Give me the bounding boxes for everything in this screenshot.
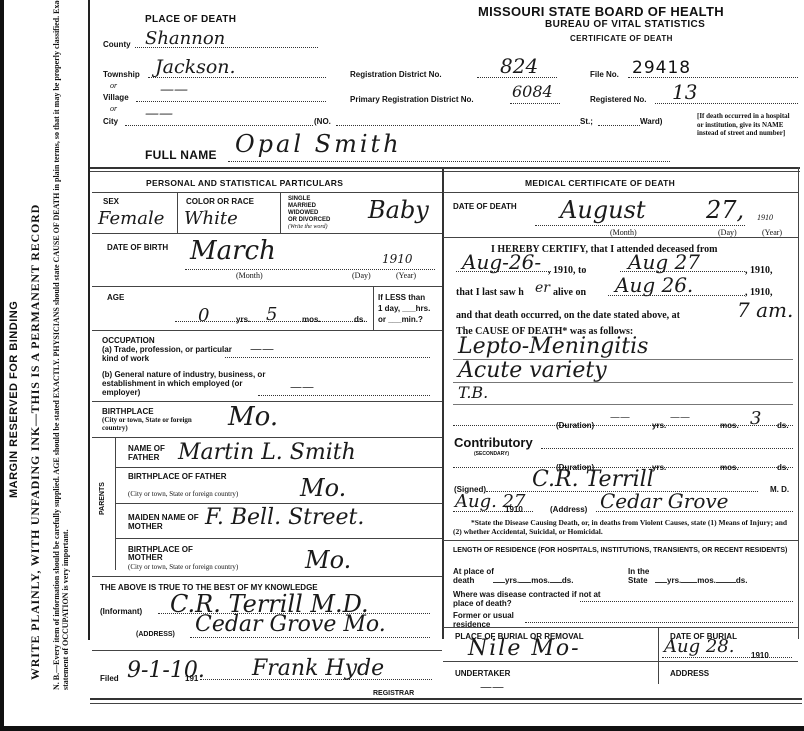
divider	[280, 193, 281, 233]
registrar-signature: Frank Hyde	[252, 656, 384, 681]
registration-district-label: Registration District No.	[350, 70, 442, 79]
margin-instruction: WRITE PLAINLY, WITH UNFADING INK—THIS IS…	[28, 204, 43, 680]
occupation-a-label: (a) Trade, profession, or particular kin…	[102, 345, 232, 363]
occupation-label: OCCUPATION	[102, 336, 155, 345]
registrar-label: REGISTRAR	[373, 690, 414, 697]
full-name-label: FULL NAME	[145, 148, 217, 162]
birthplace-sub: (City or town, State or foreign country)	[102, 416, 192, 432]
certificate-title: CERTIFICATE OF DEATH	[570, 34, 673, 43]
less-than-day: If LESS than 1 day, ___hrs. or ___min.?	[378, 292, 430, 325]
divider	[177, 193, 178, 233]
duration-yrs: yrs.	[652, 421, 666, 430]
day-caption: (Day)	[352, 271, 371, 280]
dob-year: 1910	[382, 252, 413, 266]
divider	[92, 330, 442, 331]
occurred-text: and that death occurred, on the date sta…	[456, 310, 680, 321]
dod-year-caption: (Year)	[762, 228, 782, 237]
duration-label: (Duration)	[556, 421, 594, 430]
in-state-units: yrs.mos.ds.	[655, 576, 747, 585]
father-birthplace-value[interactable]: Mo.	[300, 474, 346, 502]
margin-reserved-text: MARGIN RESERVED FOR BINDING	[8, 301, 20, 498]
ward-label: Ward)	[640, 117, 662, 126]
md-label: M. D.	[770, 485, 789, 494]
city-value: ——	[145, 106, 173, 122]
attended-from: Aug-26-	[462, 250, 541, 274]
divider	[443, 661, 798, 662]
mother-birthplace-sub: (City or town, State or foreign country)	[128, 563, 238, 571]
place-of-death-heading: PLACE OF DEATH	[145, 14, 236, 25]
occupation-b-value: ——	[290, 380, 314, 394]
date-of-birth-label: DATE OF BIRTH	[107, 243, 168, 252]
race-label: COLOR OR RACE	[186, 197, 254, 206]
contrib-mos: mos.	[720, 463, 739, 472]
medical-certificate-heading: MEDICAL CERTIFICATE OF DEATH	[525, 178, 675, 188]
contrib-ds: ds.	[777, 463, 789, 472]
city-label: City	[103, 117, 118, 126]
cause-line-3-value[interactable]: T.B.	[458, 383, 488, 402]
undertaker-label: UNDERTAKER	[455, 669, 510, 678]
dod-month: August	[560, 196, 646, 224]
signed-year: 1910	[505, 505, 523, 514]
attended-to: Aug 27	[628, 250, 700, 274]
at-place-label: At place of death	[453, 567, 498, 585]
dod-month-caption: (Month)	[610, 228, 637, 237]
informant-address-label: (ADDRESS)	[136, 631, 175, 638]
ds-label: ds.	[354, 315, 366, 324]
divider	[373, 287, 374, 330]
sig-address-value: Cedar Grove	[600, 489, 729, 513]
age-months: 5	[266, 304, 277, 325]
cause-footnote: *State the Disease Causing Death, or, in…	[453, 518, 795, 536]
duration-years: ——	[610, 412, 630, 423]
or-text-1: or	[110, 81, 117, 90]
marital-status-value[interactable]: Baby	[368, 196, 429, 224]
filed-year-prefix: 191	[185, 674, 198, 683]
mother-maiden-name-label: MAIDEN NAME OF MOTHER	[128, 513, 208, 531]
mother-birthplace-label: BIRTHPLACE OF MOTHER	[128, 546, 228, 562]
divider-bottom-thin	[90, 703, 802, 704]
age-years: 0	[198, 305, 209, 326]
township-value: Jackson.	[155, 56, 236, 78]
birthplace-label: BIRTHPLACE	[102, 407, 154, 416]
yrs-label: yrs.	[236, 315, 250, 324]
disease-contracted-field[interactable]	[580, 594, 793, 602]
last-saw-pronoun[interactable]: er	[535, 280, 550, 296]
occupation-a-value: ——	[250, 342, 274, 356]
cause-line-2-value[interactable]: Acute variety	[458, 358, 607, 383]
duration-mos: mos.	[720, 421, 739, 430]
date-of-death-label: DATE OF DEATH	[453, 202, 517, 211]
dod-year: 1910	[757, 213, 773, 222]
occupation-b-field[interactable]	[258, 388, 430, 396]
month-caption: (Month)	[236, 271, 263, 280]
contributory-label: Contributory	[454, 435, 533, 450]
duration-ds: ds.	[777, 421, 789, 430]
birthplace-value[interactable]: Mo.	[228, 402, 278, 432]
scan-bottom-edge	[0, 726, 804, 731]
informant-address-value: Cedar Grove Mo.	[195, 612, 386, 637]
divider	[115, 538, 442, 539]
time-of-death[interactable]: 7 am.	[737, 298, 793, 322]
last-saw-mid: alive on	[553, 287, 586, 298]
street-number-label: (NO.	[314, 117, 331, 126]
township-label: Township	[103, 70, 140, 79]
year-caption: (Year)	[396, 271, 416, 280]
mother-birthplace-value[interactable]: Mo.	[305, 546, 351, 574]
registered-number-value: 13	[672, 80, 697, 104]
father-name-label: NAME OF FATHER	[128, 444, 178, 462]
registered-number-label: Registered No.	[590, 95, 646, 104]
divider	[443, 192, 798, 193]
marital-status-labels: SINGLE MARRIED WIDOWED OR DIVORCED (Writ…	[288, 196, 330, 231]
divider	[92, 576, 442, 577]
residence-heading: LENGTH OF RESIDENCE (FOR HOSPITALS, INST…	[453, 546, 798, 555]
dod-day-caption: (Day)	[718, 228, 737, 237]
full-name-value: Opal Smith	[235, 130, 402, 158]
parents-label: PARENTS	[99, 482, 106, 515]
former-residence-field[interactable]	[525, 615, 793, 623]
divider	[92, 286, 442, 287]
attended-to-year: , 1910,	[745, 265, 773, 276]
at-place-units: yrs.mos.ds.	[493, 576, 573, 585]
margin-edge	[0, 0, 4, 731]
duration-months: ——	[670, 412, 690, 423]
form-left-border	[88, 0, 90, 640]
divider	[92, 650, 442, 651]
last-saw-prefix: that I last saw h	[456, 287, 524, 298]
divider	[443, 237, 798, 238]
mother-maiden-name-value[interactable]: F. Bell. Street.	[205, 505, 364, 530]
burial-place-value[interactable]: Nile Mo-	[468, 636, 581, 661]
divider	[115, 467, 442, 468]
undertaker-value[interactable]: ——	[480, 680, 504, 694]
undertaker-address-label: ADDRESS	[670, 669, 709, 678]
last-saw-year: , 1910,	[745, 287, 773, 298]
duration-days: 3	[750, 408, 761, 429]
dod-day: 27,	[706, 196, 744, 224]
primary-district-label: Primary Registration District No.	[350, 95, 474, 104]
form-right-border	[798, 167, 799, 639]
contributory-field[interactable]	[541, 437, 793, 449]
divider	[92, 233, 442, 234]
divider	[443, 627, 798, 628]
sig-address-label: (Address)	[550, 505, 587, 514]
filed-label: Filed	[100, 674, 119, 683]
father-birthplace-sub: (City or town, State or foreign country)	[128, 490, 238, 498]
hospital-note: [If death occurred in a hospital or inst…	[697, 112, 795, 138]
race-value[interactable]: White	[184, 208, 238, 229]
divider	[115, 503, 442, 504]
age-label: AGE	[107, 293, 124, 302]
county-label: County	[103, 40, 131, 49]
file-number-label: File No.	[590, 70, 619, 79]
burial-date-value: Aug 28.	[664, 636, 734, 657]
father-name-value[interactable]: Martin L. Smith	[178, 440, 356, 465]
contrib-yrs: yrs.	[652, 463, 666, 472]
father-birthplace-label: BIRTHPLACE OF FATHER	[128, 473, 228, 481]
or-text-2: or	[110, 104, 117, 113]
divider-top-thin	[90, 171, 800, 172]
divider-top	[90, 167, 800, 169]
burial-year: 1910	[751, 651, 769, 660]
village-value: ——	[160, 82, 188, 98]
dob-month: March	[190, 236, 276, 266]
file-number-value: 29418	[632, 58, 691, 78]
cause-line-3	[453, 404, 793, 405]
bureau-title: BUREAU OF VITAL STATISTICS	[545, 19, 705, 30]
agency-title: MISSOURI STATE BOARD OF HEALTH	[478, 4, 724, 19]
personal-particulars-heading: PERSONAL AND STATISTICAL PARTICULARS	[146, 178, 343, 188]
last-saw-date: Aug 26.	[615, 273, 693, 297]
cause-line-1-value[interactable]: Lepto-Meningitis	[458, 334, 648, 359]
village-label: Village	[103, 93, 129, 102]
ward-field[interactable]	[598, 112, 640, 126]
occupation-b-label: (b) General nature of industry, business…	[102, 370, 272, 397]
divider	[92, 437, 442, 438]
divider	[92, 192, 442, 193]
informant-label: (Informant)	[100, 607, 142, 616]
secondary-label: (SECONDARY)	[474, 451, 509, 457]
primary-district-value: 6084	[512, 82, 553, 101]
attended-from-year: , 1910, to	[548, 265, 586, 276]
in-state-label: In the State	[628, 567, 658, 585]
mos-label: mos.	[302, 315, 321, 324]
divider	[443, 540, 798, 541]
binding-margin: MARGIN RESERVED FOR BINDING WRITE PLAINL…	[0, 0, 88, 731]
registration-district-value: 824	[500, 54, 538, 78]
sex-label: SEX	[103, 197, 119, 206]
margin-note: N. B.—Every item of information should b…	[52, 0, 70, 690]
divider-bottom	[90, 698, 802, 700]
divider	[658, 628, 659, 684]
county-value: Shannon	[145, 28, 225, 49]
sex-value[interactable]: Female	[98, 208, 164, 229]
street-field[interactable]	[336, 112, 580, 126]
street-label: St.;	[580, 117, 593, 126]
